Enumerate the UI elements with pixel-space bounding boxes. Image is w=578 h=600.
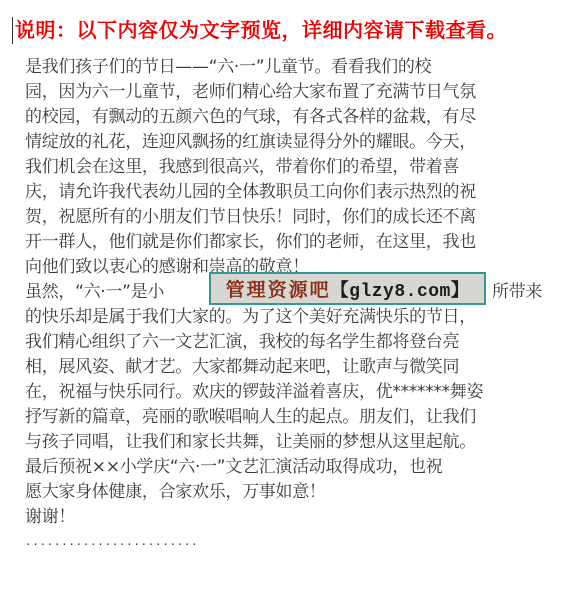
text-line: 与孩子同唱，让我们和家长共舞，让美丽的梦想从这里起航。 <box>25 430 565 455</box>
document-preview-page: 说明：以下内容仅为文字预览，详细内容请下载查看。 是我们孩子们的节日——“六·一… <box>0 0 578 600</box>
watermark-site-url: 【glzy8.com】 <box>331 276 470 302</box>
obscured-line-left-fragment: 虽然，“六·一”是小 <box>25 282 164 302</box>
text-line: 愿大家身体健康，合家欢乐，万事如意！ <box>25 480 565 505</box>
text-line: 相，展风姿、献才艺。大家都舞动起来吧，让歌声与微笑同 <box>25 355 565 380</box>
watermark-site-name: 管理资源吧 <box>226 275 331 302</box>
text-line: 最后预祝××小学庆“六·一”文艺汇演活动取得成功，也祝 <box>25 455 565 480</box>
text-line: 庆，请允许我代表幼儿园的全体教职员工向你们表示热烈的祝 <box>25 180 565 205</box>
text-line: 的快乐却是属于我们大家的。为了这个美好充满快乐的节日， <box>25 305 565 330</box>
text-line: 抒写新的篇章，亮丽的歌喉唱响人生的起点。朋友们，让我们 <box>25 405 565 430</box>
text-line: 我们机会在这里，我感到很高兴，带着你们的希望，带着喜 <box>25 155 565 180</box>
obscured-line-right-fragment: 所带来 <box>492 280 542 305</box>
text-line: 的校园，有飘动的五颜六色的气球，有各式各样的盆栽，有尽 <box>25 105 565 130</box>
text-line: 园，因为六一儿童节，老师们精心给大家布置了充满节日气氛 <box>25 80 565 105</box>
text-line: 是我们孩子们的节日——“六·一”儿童节。看看我们的校 <box>25 55 565 80</box>
dotted-separator: ························ <box>25 532 565 557</box>
text-line: 我们精心组织了六一文艺汇演，我校的每名学生都将登台亮 <box>25 330 565 355</box>
preview-notice: 说明：以下内容仅为文字预览，详细内容请下载查看。 <box>15 18 507 42</box>
text-line: 开一群人，他们就是你们都家长，你们的老师，在这里，我也 <box>25 230 565 255</box>
watermark-badge: 管理资源吧 【glzy8.com】 <box>209 272 486 305</box>
text-line: 情绽放的礼花，连迎风飘扬的红旗读显得分外的耀眼。今天， <box>25 130 565 155</box>
text-line: 在，祝福与快乐同行。欢庆的锣鼓洋溢着喜庆，优*******舞姿 <box>25 380 565 405</box>
document-body: 是我们孩子们的节日——“六·一”儿童节。看看我们的校 园，因为六一儿童节，老师们… <box>25 55 565 557</box>
closing-thanks: 谢谢！ <box>25 505 565 530</box>
text-cursor <box>12 17 13 44</box>
text-line: 贺，祝愿所有的小朋友们节日快乐！同时，你们的成长还不离 <box>25 205 565 230</box>
